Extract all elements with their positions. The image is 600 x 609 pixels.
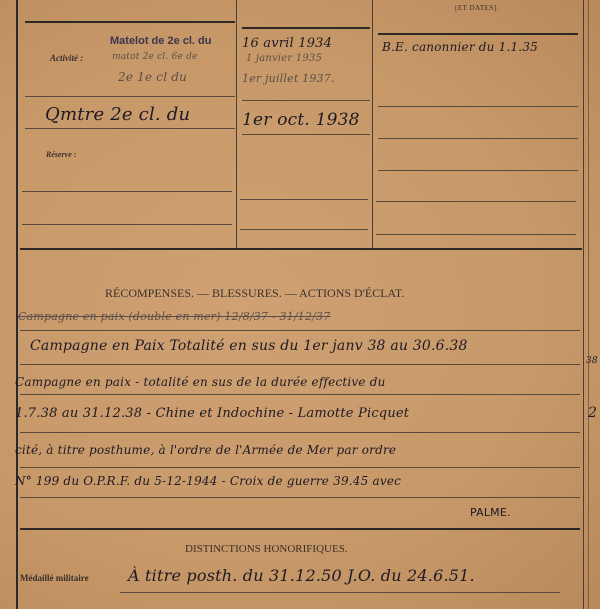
activite-line-2: 2e 1e cl du xyxy=(118,70,187,84)
recompenses-title: RÉCOMPENSES. — BLESSURES. — ACTIONS D'ÉC… xyxy=(105,286,404,301)
rule xyxy=(20,432,580,433)
col-divider-1 xyxy=(236,0,237,250)
activite-date-4: 1er oct. 1938 xyxy=(242,110,360,130)
rule xyxy=(22,191,232,192)
rule xyxy=(240,199,368,200)
rule xyxy=(20,330,580,331)
rule xyxy=(20,364,580,365)
rule xyxy=(378,106,578,107)
section-rule xyxy=(20,248,582,250)
rule xyxy=(120,592,560,593)
section-rule xyxy=(20,528,580,530)
medaille-value: À titre posth. du 31.12.50 J.O. du 24.6.… xyxy=(128,566,475,585)
left-border xyxy=(16,0,18,609)
activite-date-1: 16 avril 1934 xyxy=(242,36,332,51)
rule xyxy=(242,100,370,101)
recompense-line-4: 1.7.38 au 31.12.38 - Chine et Indochine … xyxy=(15,406,409,421)
rule xyxy=(20,467,580,468)
notes-right: B.E. canonnier du 1.1.35 xyxy=(382,40,538,54)
margin-note-2: 2 xyxy=(588,405,597,421)
rule xyxy=(378,170,578,171)
right-border xyxy=(583,0,584,609)
rule xyxy=(378,138,578,139)
rule xyxy=(242,134,370,135)
margin-note-1: 38 xyxy=(586,356,598,366)
rule xyxy=(22,224,232,225)
col-divider-2 xyxy=(372,0,373,250)
activite-date-2: 1 janvier 1935 xyxy=(246,53,322,64)
top-rule-mid xyxy=(242,27,370,29)
top-rule-right xyxy=(378,33,578,35)
header-dates-label: [ET DATES]. xyxy=(455,4,499,12)
recompense-line-3: Campagne en paix - totalité en sus de la… xyxy=(15,375,386,389)
rule xyxy=(376,234,576,235)
recompense-line-6: N° 199 du O.P.R.F. du 5-12-1944 - Croix … xyxy=(15,474,401,488)
rule xyxy=(240,229,368,230)
activite-line-3: Qmtre 2e cl. du xyxy=(45,104,190,125)
activite-label: Activité : xyxy=(50,53,83,63)
activite-stamp: Matelot de 2e cl. du xyxy=(110,35,211,47)
rule xyxy=(25,96,235,97)
rule xyxy=(20,497,580,498)
reserve-label: Réserve : xyxy=(46,150,76,159)
rule xyxy=(20,394,580,395)
rule xyxy=(376,201,576,202)
recompense-line-5: cité, à titre posthume, à l'ordre de l'A… xyxy=(15,443,396,457)
recompense-line-2: Campagne en Paix Totalité en sus du 1er … xyxy=(30,338,468,354)
record-card: [ET DATES]. Matelot de 2e cl. du Activit… xyxy=(0,0,600,609)
right-border-2 xyxy=(588,0,589,609)
distinctions-title: DISTINCTIONS HONORIFIQUES. xyxy=(185,543,348,555)
recompense-line-1: Campagne en paix (double en mer) 12/8/37… xyxy=(18,310,330,323)
activite-date-3: 1er juillet 1937. xyxy=(242,72,335,85)
top-rule xyxy=(25,21,235,23)
recompense-line-7: PALME. xyxy=(470,506,511,519)
medaille-label: Médaillé militaire xyxy=(20,573,89,583)
rule xyxy=(25,128,235,129)
activite-line-1: matot 2e cl. 6e de xyxy=(112,52,198,62)
